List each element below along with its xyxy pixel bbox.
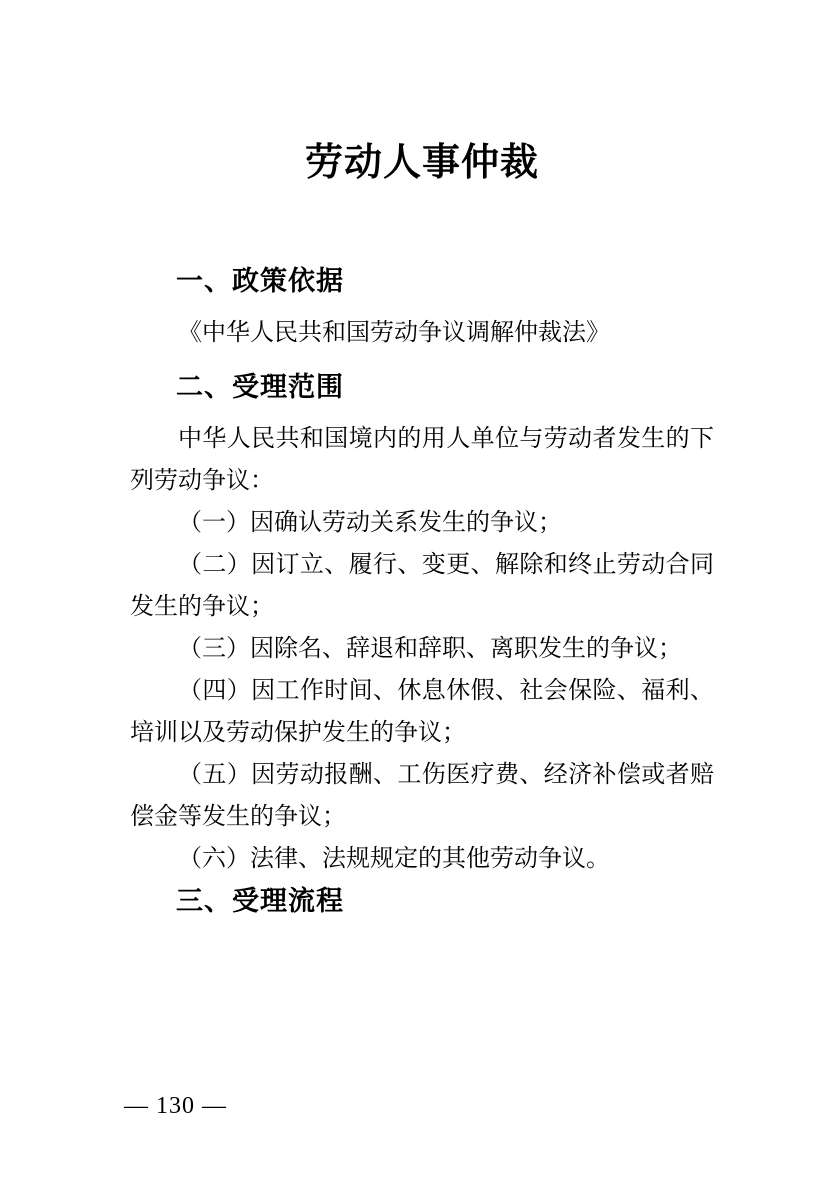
section-heading-acceptance-scope: 二、受理范围 (130, 366, 714, 408)
section-heading-acceptance-process: 三、受理流程 (130, 880, 714, 922)
paragraph-item-3: （三）因除名、辞退和辞职、离职发生的争议； (130, 628, 714, 670)
paragraph-item-1: （一）因确认劳动关系发生的争议； (130, 502, 714, 544)
document-content: 劳动人事仲裁 一、政策依据 《中华人民共和国劳动争议调解仲裁法》 二、受理范围 … (130, 0, 714, 932)
section-heading-policy-basis: 一、政策依据 (130, 260, 714, 302)
paragraph-item-2: （二）因订立、履行、变更、解除和终止劳动合同发生的争议； (130, 544, 714, 628)
document-page: 劳动人事仲裁 一、政策依据 《中华人民共和国劳动争议调解仲裁法》 二、受理范围 … (0, 0, 840, 1190)
paragraph-law-reference: 《中华人民共和国劳动争议调解仲裁法》 (130, 312, 714, 354)
paragraph-item-6: （六）法律、法规规定的其他劳动争议。 (130, 838, 714, 880)
page-number: — 130 — (124, 1092, 227, 1120)
paragraph-scope-intro: 中华人民共和国境内的用人单位与劳动者发生的下列劳动争议： (130, 418, 714, 502)
paragraph-item-5: （五）因劳动报酬、工伤医疗费、经济补偿或者赔偿金等发生的争议； (130, 754, 714, 838)
paragraph-item-4: （四）因工作时间、休息休假、社会保险、福利、培训以及劳动保护发生的争议； (130, 670, 714, 754)
document-title: 劳动人事仲裁 (130, 0, 714, 185)
